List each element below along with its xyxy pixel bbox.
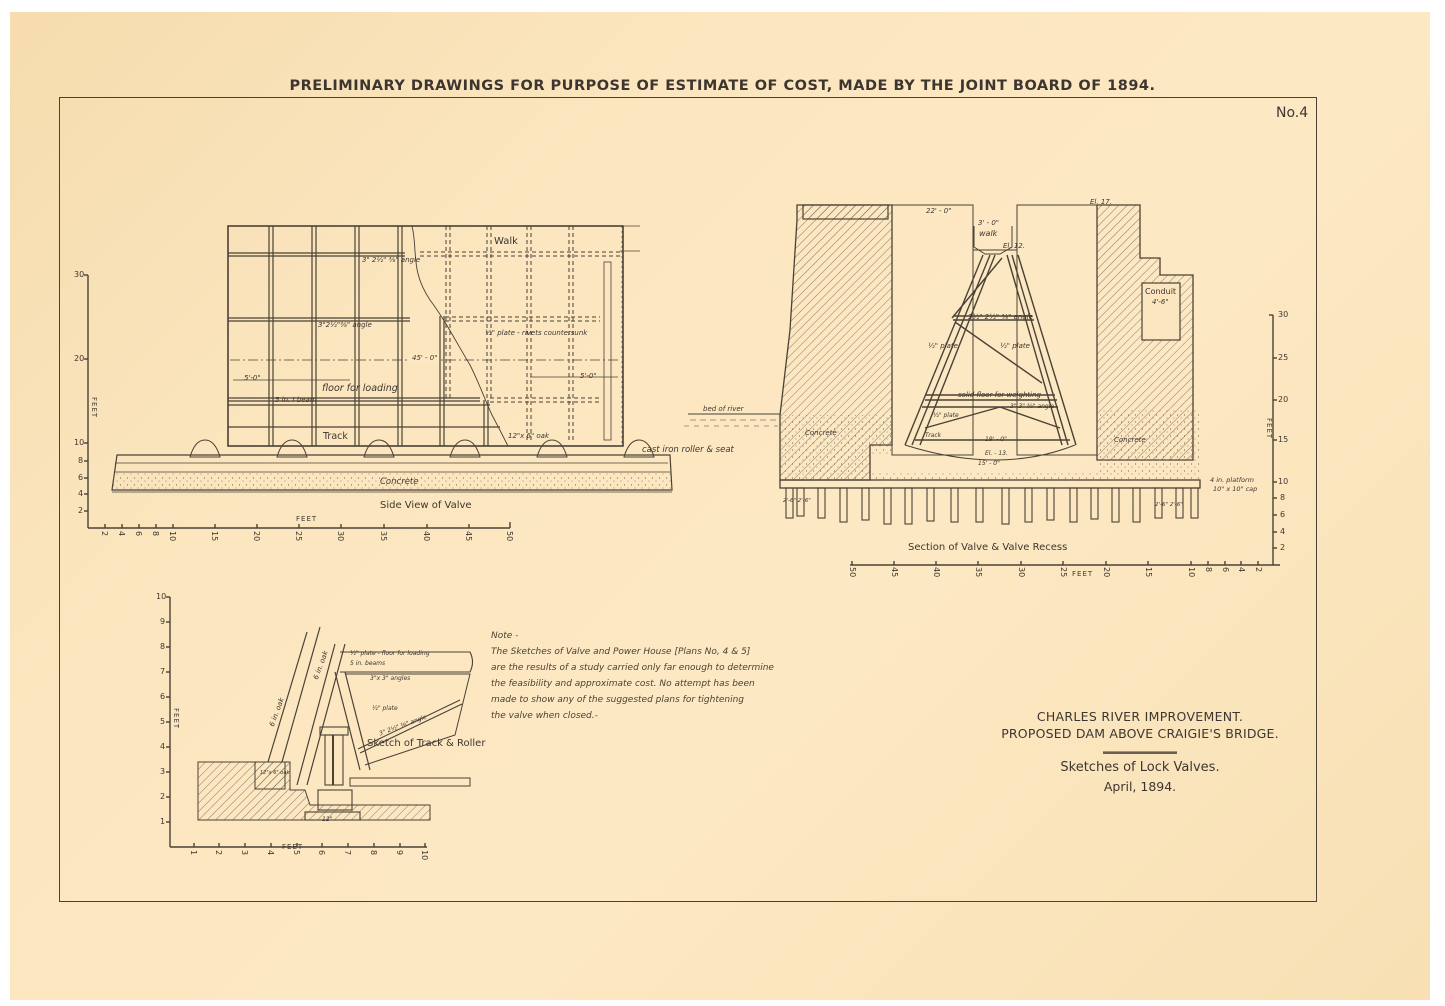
side-label-walk: Walk [494,236,518,247]
section-label-pile-spacing-left: 2'-6" 2'-6" [783,498,811,504]
section-label-width-bottom: 19' - 0" [985,436,1007,443]
side-view-caption: Side View of Valve [380,500,472,511]
section-label-walk: walk [979,229,997,238]
note-line: are the results of a study carried only … [491,660,731,676]
track-label-timber: 12"x 6" oak [260,770,289,776]
section-label-el-bottom: El. - 13. [985,450,1008,457]
section-label-concrete-left: Concrete [805,429,837,437]
note-line: The Sketches of Valve and Power House [P… [491,644,731,660]
track-label-plate-floor: ½" plate - floor for loading [350,650,430,657]
tick: 6 [317,850,326,855]
tick: 20 [74,354,84,363]
tick: 4 [1280,527,1285,536]
tick: 7 [160,667,165,676]
section-label-floor: solid floor for weighting [958,391,1041,399]
note-heading: Note - [491,628,731,644]
section-label-conduit-width: 4'-6" [1152,298,1169,306]
tick: 25 [294,531,303,541]
tick: 6 [134,531,143,536]
section-label-walk-width: 3' - 0" [978,219,999,227]
tick: 30 [74,270,84,279]
track-label-width: 12" [322,816,332,823]
side-label-floor: floor for loading [322,383,398,394]
side-label-length: 45' - 0" [410,354,439,362]
drawing-linework [0,0,1445,1006]
section-label-width-floor: 15' - 0" [978,460,1000,467]
section-y-axis-label: FEET [1265,418,1273,439]
tick: 3 [240,850,249,855]
section-label-angle3: 3" 3" ⅜" angle [1010,403,1054,410]
tick: 50 [848,567,857,577]
tick: 9 [395,850,404,855]
section-label-plate-left: ½" plate [928,342,958,350]
tick: 1 [160,817,165,826]
side-view-drawing [112,226,672,492]
tick: 20 [1102,567,1111,577]
tick: 40 [422,531,431,541]
tick: 4 [117,531,126,536]
tick: 10 [156,592,166,601]
tick: 15 [1144,567,1153,577]
track-label-beams: 5 in. beams [350,660,385,667]
tick: 8 [1204,567,1213,572]
side-label-spacing-left: 5'-0" [244,374,261,382]
note-line: the feasibility and approximate cost. No… [491,676,731,692]
tick: 2 [214,850,223,855]
tick: 1 [189,850,198,855]
track-sketch-caption: Sketch of Track & Roller [367,738,485,749]
section-view-caption: Section of Valve & Valve Recess [908,542,1067,553]
tick: 2 [160,792,165,801]
tick: 6 [160,692,165,701]
section-label-cap: 10" x 10" cap [1213,485,1257,493]
tick: 2 [1280,543,1285,552]
side-label-oak: 12"x 6" oak [508,432,549,440]
tick: 10 [420,850,429,860]
tick: 50 [505,531,514,541]
tick: 20 [252,531,261,541]
tick: 8 [151,531,160,536]
tick: 15 [210,531,219,541]
track-y-axis-label: FEET [172,708,180,729]
tick: 30 [336,531,345,541]
section-label-el-top: El. 17. [1090,198,1112,206]
tick: 30 [1017,567,1026,577]
tick: 30 [1278,310,1288,319]
side-x-axis-label: FEET [296,515,317,523]
track-label-plate: ½" plate [372,705,398,712]
tick: 8 [1280,493,1285,502]
note-line: made to show any of the suggested plans … [491,692,731,708]
side-label-beam: 5 in. I beam [275,396,317,404]
tick: 2 [100,531,109,536]
tick: 8 [78,456,83,465]
tick: 20 [1278,395,1288,404]
section-label-bed-of-river: bed of river [703,405,744,413]
tick: 3 [160,767,165,776]
tick: 6 [78,473,83,482]
side-label-angle-top: 3" 2½" ⅜" angle [362,256,420,264]
side-y-axis-label: FEET [90,397,98,418]
side-label-angle-mid: 3"2½"⅜" angle [318,321,372,329]
note-line: the valve when closed.- [491,708,731,724]
track-sketch-drawing [198,627,473,820]
section-label-concrete-right: Concrete [1114,436,1146,444]
tick: 4 [1237,567,1246,572]
title-block: CHARLES RIVER IMPROVEMENT. PROPOSED DAM … [980,709,1300,794]
tick: 5 [160,717,165,726]
side-label-plate: ½" plate - rivets countersunk [485,329,587,337]
drawing-note: Note - The Sketches of Valve and Power H… [491,628,731,724]
section-label-pile-spacing-right: 2'-6" 2'-6" [1155,502,1183,508]
tick: 40 [932,567,941,577]
tick: 15 [1278,435,1288,444]
tick: 10 [1278,477,1288,486]
title-block-divider [1103,751,1177,754]
side-label-track: Track [323,431,348,442]
section-label-track: Track [925,432,941,439]
section-label-plate-low: ½" plate [933,412,959,419]
tick: 8 [369,850,378,855]
title-block-subject: PROPOSED DAM ABOVE CRAIGIE'S BRIDGE. [980,726,1300,741]
tick: 6 [1280,510,1285,519]
tick: 25 [1059,567,1068,577]
tick: 45 [890,567,899,577]
section-label-plate-right: ½" plate [1000,342,1030,350]
tick: 8 [160,642,165,651]
title-block-project: CHARLES RIVER IMPROVEMENT. [980,709,1300,724]
tick: 45 [464,531,473,541]
section-view-drawing [684,205,1200,524]
tick: 5 [292,850,301,855]
section-label-width-top: 22' - 0" [924,207,953,215]
section-label-el-walk: El. 12. [1003,242,1025,250]
tick: 25 [1278,353,1288,362]
side-label-roller: cast iron roller & seat [642,445,734,455]
tick: 4 [266,850,275,855]
section-label-angle2: 3½" 2½" ⅜" angle [968,313,1033,321]
tick: 2 [1254,567,1263,572]
title-block-date: April, 1894. [980,779,1300,794]
tick: 4 [78,489,83,498]
section-label-platform: 4 in. platform [1210,476,1254,484]
section-x-axis-label: FEET [1072,570,1093,578]
tick: 35 [379,531,388,541]
tick: 10 [1187,567,1196,577]
side-label-concrete: Concrete [380,477,418,487]
tick: 7 [343,850,352,855]
title-block-sheet-title: Sketches of Lock Valves. [980,760,1300,775]
section-label-conduit: Conduit [1145,287,1176,296]
tick: 4 [160,742,165,751]
tick: 2 [78,506,83,515]
track-label-angles: 3"x 3" angles [370,675,410,682]
tick: 10 [74,438,84,447]
tick: 6 [1221,567,1230,572]
tick: 10 [168,531,177,541]
tick: 35 [974,567,983,577]
side-label-spacing-right: 5'-0" [580,372,597,380]
tick: 9 [160,617,165,626]
